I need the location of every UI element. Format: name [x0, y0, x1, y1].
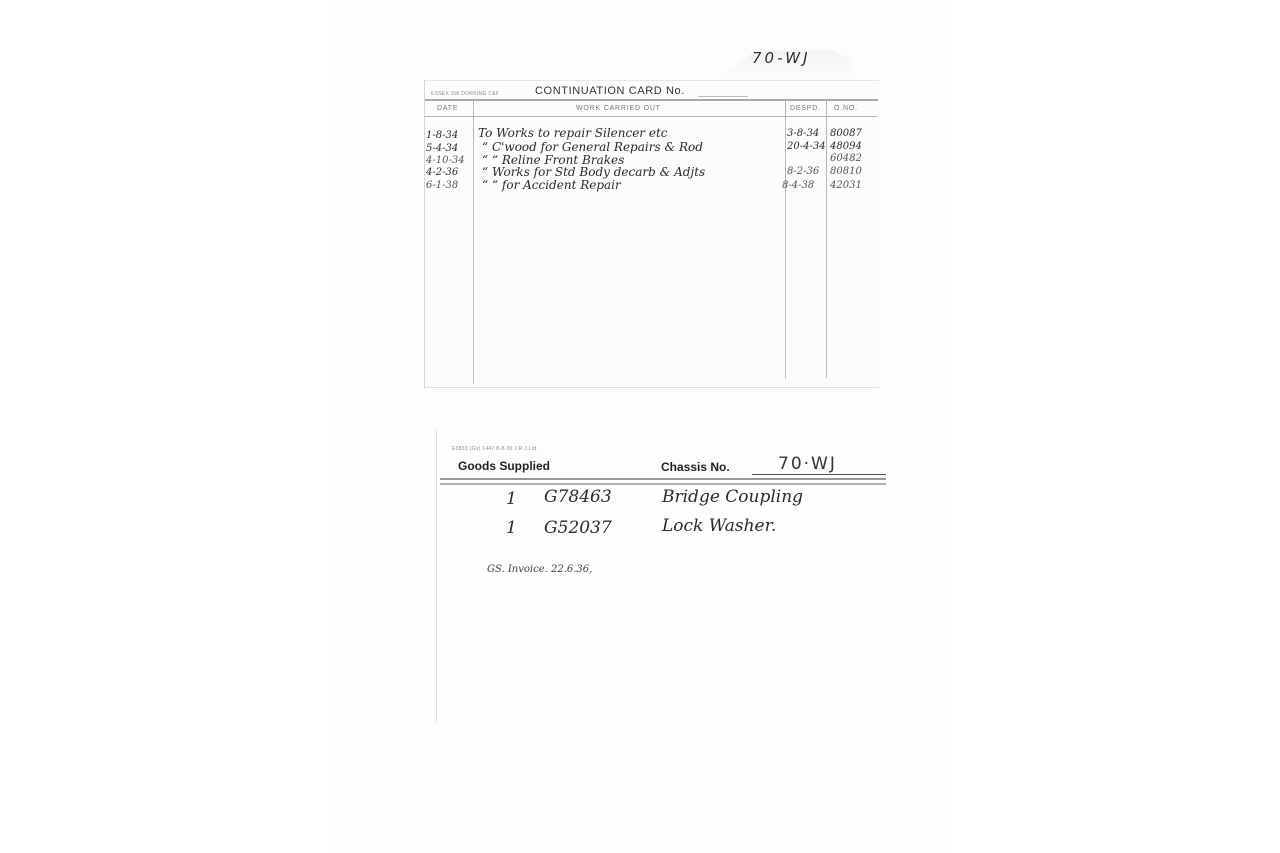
chassis-number-label: Chassis No. [661, 460, 730, 474]
row-order-no: 80087 [830, 128, 862, 139]
column-header-despd: DESPD. [790, 105, 821, 112]
header-rule-bottom [440, 483, 886, 485]
row-despatched: 3-8-34 [787, 128, 819, 139]
printer-code: ESSEX SW DORKING C&F [431, 91, 499, 97]
goods-supplied-title: Goods Supplied [458, 459, 550, 473]
row-order-no: 60482 [830, 153, 862, 164]
header-top-rule [425, 99, 878, 101]
card-number-line [698, 96, 748, 97]
header-bottom-rule [425, 116, 878, 117]
item-description: Bridge Coupling [662, 487, 803, 507]
column-header-date: DATE [437, 105, 458, 112]
card-tab-label: 70-WJ [752, 49, 811, 67]
item-part-number: G78463 [544, 487, 612, 507]
row-order-no: 80810 [830, 166, 862, 177]
row-date: 6-1-38 [426, 180, 458, 191]
work-column-rule [785, 100, 786, 378]
item-description: Lock Washer. [662, 516, 776, 536]
row-work: “ Works for Std Body decarb & Adjts [482, 165, 705, 179]
row-work: “ “ for Accident Repair [482, 178, 621, 192]
row-order-no: 42031 [830, 180, 862, 191]
column-header-order-no: O.NO. [834, 105, 858, 112]
row-order-no: 48094 [830, 141, 862, 152]
header-rule-top [440, 478, 886, 480]
row-date: 4-10-34 [426, 155, 465, 166]
row-date: 5-4-34 [426, 143, 458, 154]
continuation-card-title: CONTINUATION CARD No. [535, 85, 685, 97]
item-quantity: 1 [506, 518, 517, 538]
despd-column-rule [826, 100, 827, 378]
row-despatched: 20-4-34 [787, 141, 826, 152]
row-date: 4-2-36 [426, 167, 458, 178]
row-work: “ C'wood for General Repairs & Rod [482, 140, 703, 154]
row-work: To Works to repair Silencer etc [478, 126, 668, 140]
column-header-work: WORK CARRIED OUT [576, 105, 661, 112]
row-date: 1-8-34 [426, 130, 458, 141]
item-part-number: G52037 [544, 518, 612, 538]
printer-code: E3833 (Gs) 1447 8-8-30 J.R.J.Ltd. [452, 446, 538, 452]
date-column-rule [473, 100, 474, 384]
chassis-number-value: 70·WJ [778, 454, 837, 474]
invoice-note: GS. Invoice. 22.6.36, [487, 564, 592, 575]
chassis-number-line [752, 474, 886, 475]
item-quantity: 1 [506, 489, 517, 509]
row-despatched: 8-4-38 [782, 180, 814, 191]
row-despatched: 8-2-36 [787, 166, 819, 177]
